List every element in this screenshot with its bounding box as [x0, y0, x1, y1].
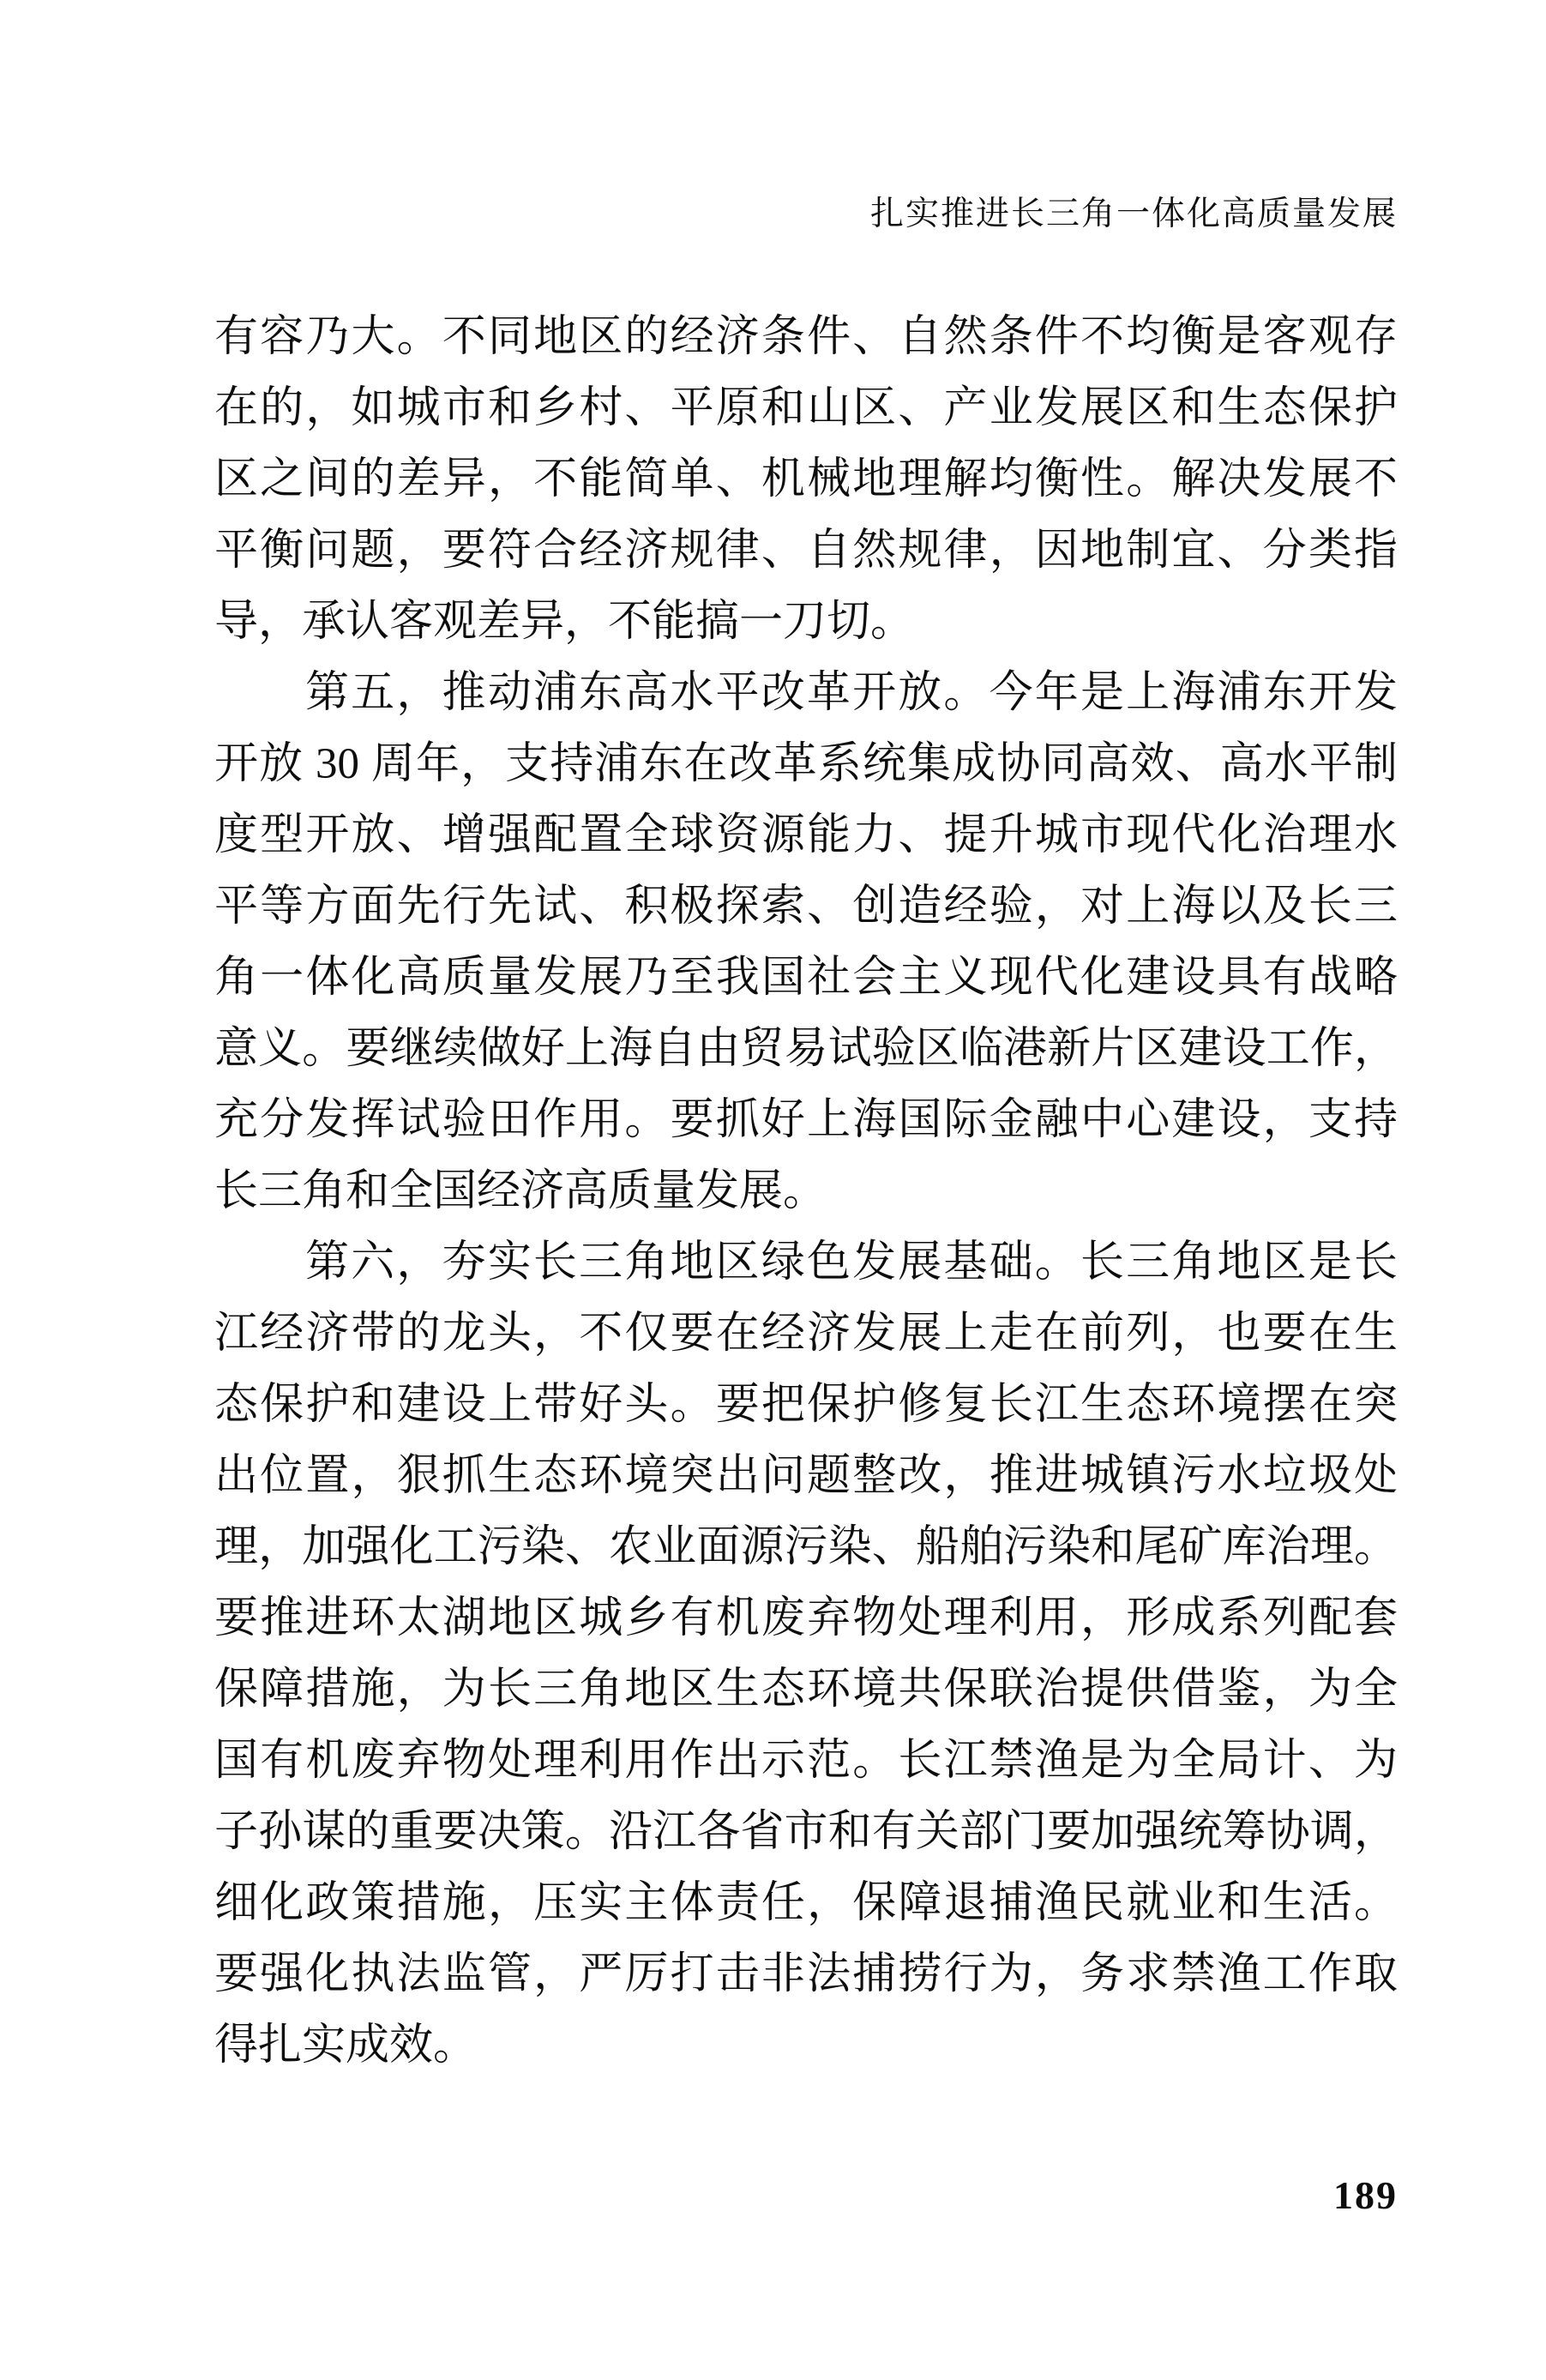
text-line: 在的，如城市和乡村、平原和山区、产业发展区和生态保护: [214, 373, 1398, 444]
text-line: 长三角和全国经济高质量发展。: [214, 1156, 1398, 1227]
text-line: 有容乃大。不同地区的经济条件、自然条件不均衡是客观存: [214, 302, 1398, 373]
text-line: 角一体化高质量发展乃至我国社会主义现代化建设具有战略: [214, 943, 1398, 1014]
page-number: 189: [214, 2172, 1398, 2220]
book-page: 扎实推进长三角一体化高质量发展 有容乃大。不同地区的经济条件、自然条件不均衡是客…: [0, 0, 1546, 2380]
text-line: 要推进环太湖地区城乡有机废弃物处理利用，形成系列配套: [214, 1583, 1398, 1654]
text-line: 出位置，狠抓生态环境突出问题整改，推进城镇污水垃圾处: [214, 1441, 1398, 1512]
text-line: 理，加强化工污染、农业面源污染、船舶污染和尾矿库治理。: [214, 1512, 1398, 1583]
text-line: 平衡问题，要符合经济规律、自然规律，因地制宜、分类指: [214, 515, 1398, 587]
text-line: 平等方面先行先试、积极探索、创造经验，对上海以及长三: [214, 871, 1398, 943]
text-line: 细化政策措施，压实主体责任，保障退捕渔民就业和生活。: [214, 1868, 1398, 1939]
text-line: 国有机废弃物处理利用作出示范。长江禁渔是为全局计、为: [214, 1726, 1398, 1797]
text-line: 开放 30 周年，支持浦东在改革系统集成协同高效、高水平制: [214, 729, 1398, 800]
text-line: 导，承认客观差异，不能搞一刀切。: [214, 587, 1398, 658]
text-line: 得扎实成效。: [214, 2010, 1398, 2082]
body-text: 有容乃大。不同地区的经济条件、自然条件不均衡是客观存 在的，如城市和乡村、平原和…: [214, 302, 1398, 2082]
text-line: 第五，推动浦东高水平改革开放。今年是上海浦东开发: [214, 658, 1398, 729]
text-line: 区之间的差异，不能简单、机械地理解均衡性。解决发展不: [214, 444, 1398, 515]
text-line: 意义。要继续做好上海自由贸易试验区临港新片区建设工作，: [214, 1014, 1398, 1085]
text-line: 要强化执法监管，严厉打击非法捕捞行为，务求禁渔工作取: [214, 1939, 1398, 2010]
text-line: 充分发挥试验田作用。要抓好上海国际金融中心建设，支持: [214, 1085, 1398, 1156]
running-head: 扎实推进长三角一体化高质量发展: [214, 194, 1398, 235]
text-line: 度型开放、增强配置全球资源能力、提升城市现代化治理水: [214, 800, 1398, 871]
text-line: 保障措施，为长三角地区生态环境共保联治提供借鉴，为全: [214, 1654, 1398, 1726]
text-line: 第六，夯实长三角地区绿色发展基础。长三角地区是长: [214, 1227, 1398, 1298]
text-line: 子孙谋的重要决策。沿江各省市和有关部门要加强统筹协调，: [214, 1797, 1398, 1868]
text-line: 态保护和建设上带好头。要把保护修复长江生态环境摆在突: [214, 1370, 1398, 1441]
text-line: 江经济带的龙头，不仅要在经济发展上走在前列，也要在生: [214, 1298, 1398, 1370]
